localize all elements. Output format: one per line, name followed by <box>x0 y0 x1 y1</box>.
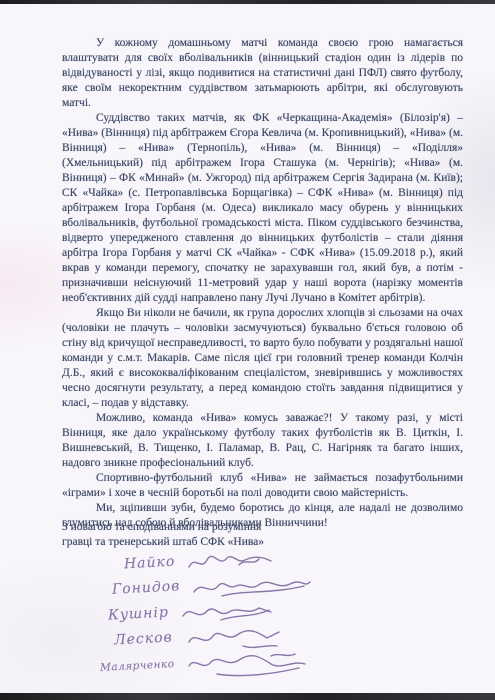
signature-block: Найко Гонидов Кушнір Лесков <box>98 552 378 694</box>
letter-paragraph-4: Можливо, команда «Нива» комусь заважає?!… <box>62 411 463 471</box>
letter-paragraph-5: Спортивно-футбольний клуб «Нива» не займ… <box>62 471 463 501</box>
letter-body: У кожному домашньому матчі команда своєю… <box>62 36 463 531</box>
signature-flourish-icon <box>192 576 312 600</box>
signature-row: Лесков <box>114 626 281 652</box>
signature-name-2: Гонидов <box>112 578 181 598</box>
closing-signatories-line: гравці та тренерський штаб СФК «Нива» <box>62 535 463 550</box>
signature-row: Малярченко <box>100 650 307 680</box>
signature-name-3: Кушнір <box>108 604 170 623</box>
signature-flourish-icon <box>181 602 273 626</box>
signature-name-4: Лесков <box>114 629 174 648</box>
letter-paragraph-1: У кожному домашньому матчі команда своєю… <box>62 36 463 111</box>
scan-edge-bottom <box>0 693 495 700</box>
letter-paragraph-3: Якщо Ви ніколи не бачили, як група дорос… <box>62 306 463 411</box>
scan-edge-top <box>0 0 495 4</box>
closing-respect-line: З повагою та сподіваннями на розуміння <box>62 520 463 535</box>
scanned-letter-page: У кожному домашньому матчі команда своєю… <box>0 0 495 700</box>
signature-name-1: Найко <box>124 553 176 572</box>
signature-row: Найко <box>124 552 273 574</box>
closing-block: З повагою та сподіваннями на розуміння г… <box>62 520 463 550</box>
signature-flourish-icon <box>187 552 273 574</box>
signature-flourish-icon <box>185 626 281 652</box>
signature-row: Кушнір <box>108 602 273 626</box>
letter-paragraph-2: Суддівство таких матчів, як ФК «Черкащин… <box>62 111 463 306</box>
signature-flourish-icon <box>187 650 307 680</box>
signature-name-5: Малярченко <box>100 658 175 674</box>
signature-row: Гонидов <box>112 576 312 600</box>
